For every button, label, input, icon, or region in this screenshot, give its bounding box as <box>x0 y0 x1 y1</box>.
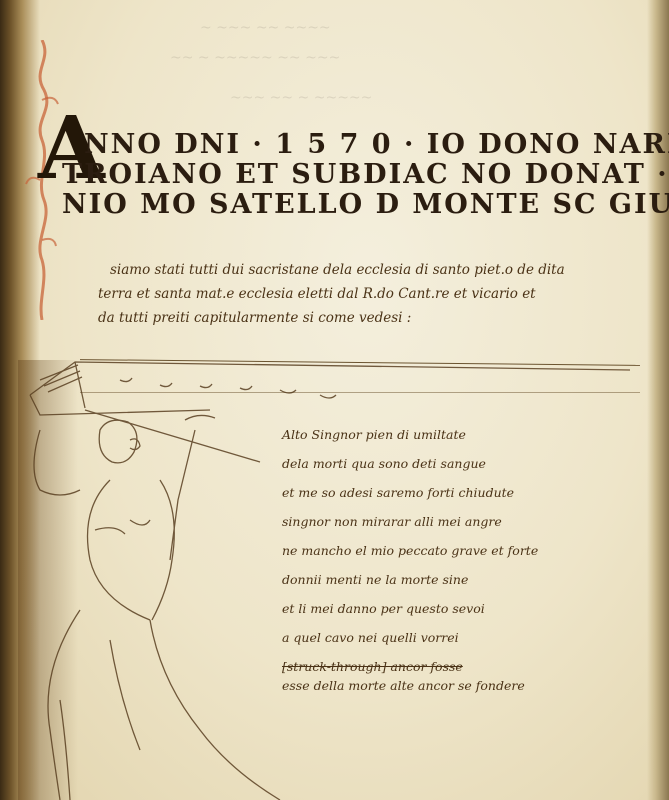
ruled-line <box>80 359 640 366</box>
manuscript-heading: NNO DNI · 1 5 7 0 · IO DONO NARDO TROIAN… <box>62 130 662 220</box>
bleed-through-text: ~ ~~~ ~~ ~~~~ <box>200 20 331 36</box>
poem-line-6: donnii menti ne la morte sine <box>282 565 538 594</box>
poem-line-1: Alto Singnor pien di umiltate <box>282 420 538 449</box>
ruled-line <box>80 392 640 393</box>
intro-paragraph: siamo stati tutti dui sacristane dela ec… <box>110 258 565 330</box>
heading-line-1: NNO DNI · 1 5 7 0 · IO DONO NARDO <box>62 130 662 160</box>
bleed-through-text: ~~~ ~~ ~ ~~~~~ <box>230 90 372 106</box>
bleed-through-text: ~~ ~ ~~~~~ ~~ ~~~ <box>170 50 340 66</box>
water-stain <box>18 360 78 800</box>
poem-line-3: et me so adesi saremo forti chiudute <box>282 478 538 507</box>
intro-line-3: da tutti preiti capitularmente si come v… <box>98 306 565 330</box>
poem-text: Alto Singnor pien di umiltate dela morti… <box>282 420 538 700</box>
poem-line-2: dela morti qua sono deti sangue <box>282 449 538 478</box>
heading-line-2: TROIANO ET SUBDIAC NO DONAT · ANTO <box>62 160 662 190</box>
poem-line-5: ne mancho el mio peccato grave et forte <box>282 536 538 565</box>
poem-line-8: a quel cavo nei quelli vorrei <box>282 623 538 652</box>
intro-line-2: terra et santa mat.e ecclesia eletti dal… <box>98 282 565 306</box>
poem-line-7: et li mei danno per questo sevoi <box>282 594 538 623</box>
heading-line-3: NIO MO SATELLO D MONTE SC GIUSO <box>62 190 662 220</box>
poem-line-4: singnor non mirarar alli mei angre <box>282 507 538 536</box>
intro-line-1: siamo stati tutti dui sacristane dela ec… <box>110 258 565 282</box>
poem-line-10: esse della morte alte ancor se fondere <box>282 671 538 700</box>
page-edge <box>647 0 669 800</box>
manuscript-page: ~ ~~~ ~~ ~~~~ ~~ ~ ~~~~~ ~~ ~~~ ~~~ ~~ ~… <box>0 0 669 800</box>
